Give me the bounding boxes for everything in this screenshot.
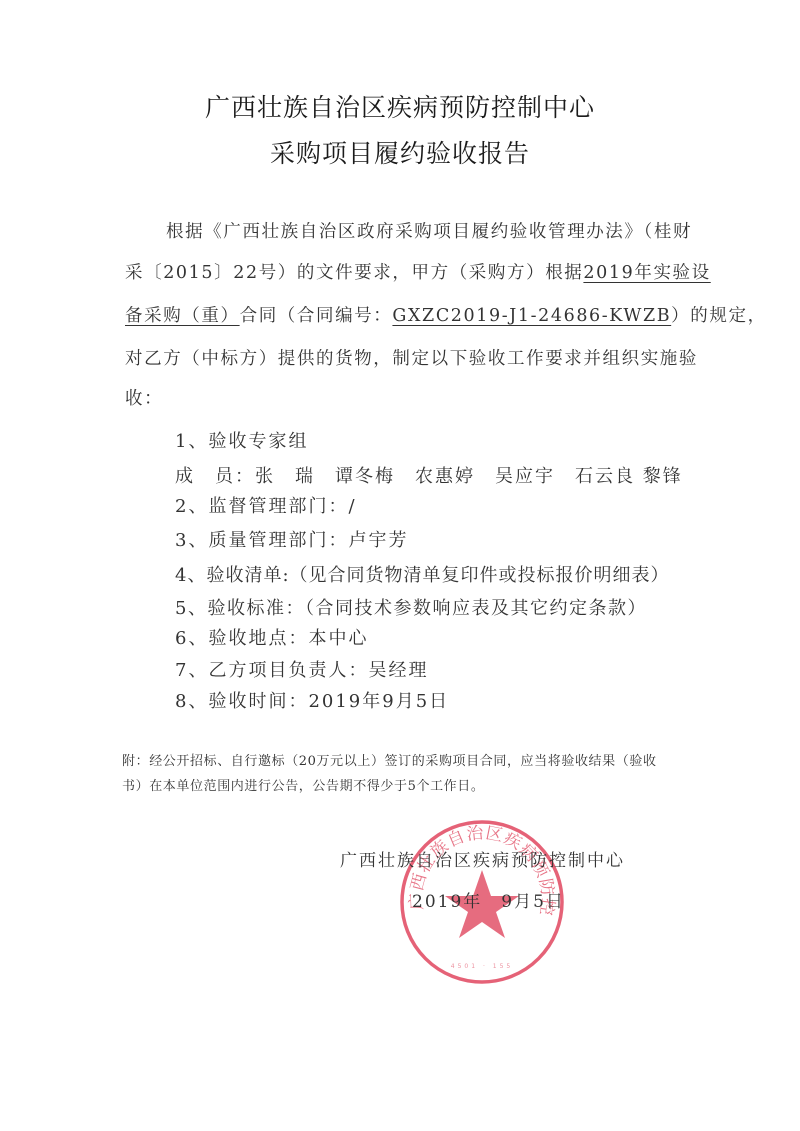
signature-date: 2019年 9月5日 <box>412 887 565 912</box>
intro-line-5: 收： <box>125 385 163 410</box>
item-standard: 5、验收标准：（合同技术参数响应表及其它约定条款） <box>175 594 647 620</box>
item-value: 卢宇芳 <box>348 530 408 551</box>
item-acceptance-date: 8、验收时间：2019年9月5日 <box>175 687 449 713</box>
item-label: 2、监督管理部门： <box>175 496 348 517</box>
item-checklist: 4、验收清单:（见合同货物清单复印件或投标报价明细表） <box>175 561 670 587</box>
intro-line-3: 备采购（重）合同（合同编号：GXZC2019-J1-24686-KWZB）的规定… <box>125 302 767 327</box>
project-name-part2: 备采购（重） <box>125 306 240 326</box>
item-label: 3、质量管理部门： <box>175 530 348 551</box>
intro-line-1: 根据《广西壮族自治区政府采购项目履约验收管理办法》（桂财 <box>166 218 692 243</box>
project-name-part1: 2019年实验设 <box>583 263 710 283</box>
item-label: 8、验收时间： <box>175 691 308 712</box>
item-vendor-contact: 7、乙方项目负责人：吴经理 <box>175 656 428 682</box>
item-expert-group: 1、验收专家组 <box>175 427 308 453</box>
item-label: 5、验收标准： <box>175 598 305 619</box>
note-line-1: 附：经公开招标、自行邀标（20万元以上）签订的采购项目合同，应当将验收结果（验收 <box>122 750 657 769</box>
document-title-line2: 采购项目履约验收报告 <box>0 134 800 170</box>
item-value: 张 瑞 谭冬梅 农惠婷 吴应宇 石云良 黎锋 <box>255 466 683 487</box>
item-value: 2019年9月5日 <box>308 691 449 712</box>
contract-label: 合同（合同编号： <box>240 306 393 326</box>
item-value: 吴经理 <box>368 660 428 681</box>
item-label: 6、验收地点： <box>175 628 308 649</box>
signature-organization: 广西壮族自治区疾病预防控制中心 <box>340 846 625 871</box>
contract-suffix: ）的规定， <box>671 306 767 326</box>
intro-line-2: 采〔2015〕22号）的文件要求，甲方（采购方）根据2019年实验设 <box>125 259 711 284</box>
item-members: 成 员：张 瑞 谭冬梅 农惠婷 吴应宇 石云良 黎锋 <box>175 462 683 488</box>
item-value: / <box>348 496 356 517</box>
item-label: 4、验收清单: <box>175 565 290 586</box>
svg-text:4501 · 155: 4501 · 155 <box>451 963 513 970</box>
item-label: 7、乙方项目负责人： <box>175 660 368 681</box>
item-label: 成 员： <box>175 466 255 487</box>
item-value: （见合同货物清单复印件或投标报价明细表） <box>290 565 670 586</box>
item-location: 6、验收地点：本中心 <box>175 624 368 650</box>
item-value: （合同技术参数响应表及其它约定条款） <box>305 598 647 619</box>
item-supervision-dept: 2、监督管理部门：/ <box>175 492 357 518</box>
contract-number: GXZC2019-J1-24686-KWZB <box>392 306 671 326</box>
item-value: 本中心 <box>308 628 368 649</box>
intro-line-2-text: 采〔2015〕22号）的文件要求，甲方（采购方）根据 <box>125 263 583 283</box>
item-quality-dept: 3、质量管理部门：卢宇芳 <box>175 526 408 552</box>
document-title-line1: 广西壮族自治区疾病预防控制中心 <box>0 88 800 124</box>
item-label: 1、验收专家组 <box>175 431 308 452</box>
note-line-2: 书）在本单位范围内进行公告，公告期不得少于5个工作日。 <box>122 775 484 794</box>
intro-line-4: 对乙方（中标方）提供的货物，制定以下验收工作要求并组织实施验 <box>125 345 698 370</box>
